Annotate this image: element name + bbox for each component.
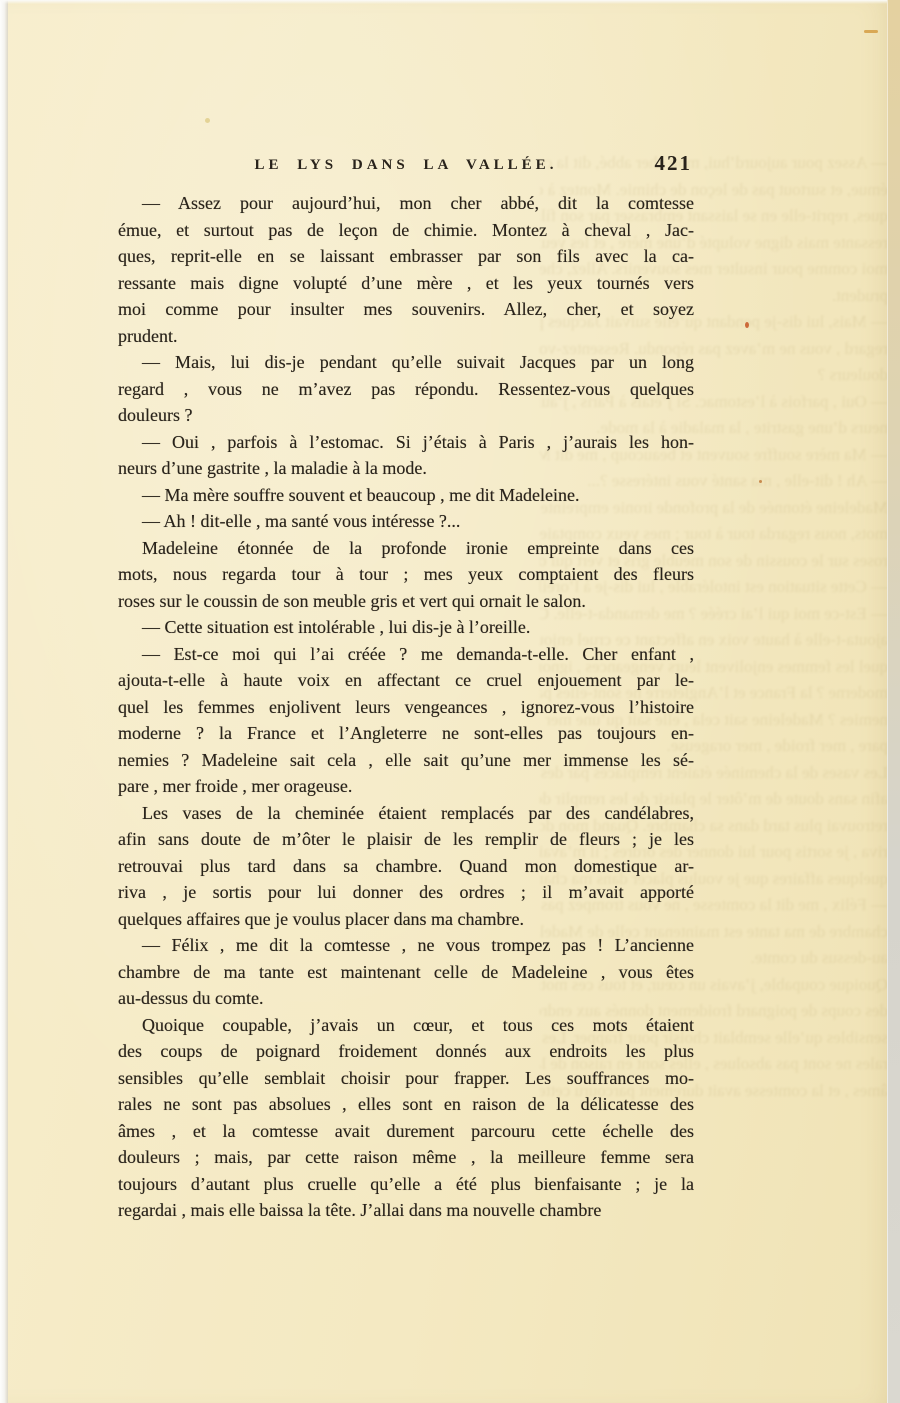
- paragraph: — Félix , me dit la comtesse , ne vous t…: [118, 932, 694, 1012]
- text-line: — Ah ! dit-elle , ma santé vous intéress…: [118, 508, 694, 535]
- text-line: — Assez pour aujourd’hui, mon cher abbé,…: [118, 190, 694, 217]
- text-line: des coups de poignard froidement donnés …: [118, 1038, 694, 1065]
- paragraph: — Ah ! dit-elle , ma santé vous intéress…: [118, 508, 694, 535]
- text-line: prudent.: [118, 323, 694, 350]
- text-line: roses sur le coussin de son meuble gris …: [118, 588, 694, 615]
- paper-speck: [745, 322, 749, 328]
- text-line: douleurs ; mais, par cette raison même ,…: [118, 1144, 694, 1171]
- text-line: rales ne sont pas absolues , elles sont …: [118, 1091, 694, 1118]
- text-line: chambre de ma tante est maintenant celle…: [118, 959, 694, 986]
- text-line: Madeleine étonnée de la profonde ironie …: [118, 535, 694, 562]
- text-line: pare , mer froide , mer orageuse.: [118, 773, 694, 800]
- paragraph: — Mais, lui dis-je pendant qu’elle suiva…: [118, 349, 694, 429]
- page-header: LE LYS DANS LA VALLÉE. 421: [118, 154, 694, 180]
- text-line: — Oui , parfois à l’estomac. Si j’étais …: [118, 429, 694, 456]
- scan-left-edge: [0, 0, 8, 1403]
- paper-speck: [864, 30, 878, 33]
- text-line: retrouvai plus tard dans sa chambre. Qua…: [118, 853, 694, 880]
- text-line: ajouta-t-elle à haute voix en affectant …: [118, 667, 694, 694]
- paragraph: Les vases de la cheminée étaient remplac…: [118, 800, 694, 933]
- body-text: — Assez pour aujourd’hui, mon cher abbé,…: [118, 190, 694, 1224]
- text-line: moderne ? la France et l’Angleterre ne s…: [118, 720, 694, 747]
- text-line: Les vases de la cheminée étaient remplac…: [118, 800, 694, 827]
- text-line: — Mais, lui dis-je pendant qu’elle suiva…: [118, 349, 694, 376]
- text-line: quel les femmes enjolivent leurs vengean…: [118, 694, 694, 721]
- paper-speck: [205, 118, 210, 123]
- text-line: — Félix , me dit la comtesse , ne vous t…: [118, 932, 694, 959]
- text-line: ques, reprit-elle en se laissant embrass…: [118, 243, 694, 270]
- text-line: — Cette situation est intolérable , lui …: [118, 614, 694, 641]
- text-line: toujours d’autant plus cruelle qu’elle a…: [118, 1171, 694, 1198]
- paper-speck: [759, 480, 762, 483]
- text-line: — Ma mère souffre souvent et beaucoup , …: [118, 482, 694, 509]
- text-line: regard , vous ne m’avez pas répondu. Res…: [118, 376, 694, 403]
- paragraph: — Assez pour aujourd’hui, mon cher abbé,…: [118, 190, 694, 349]
- text-line: riva , je sortis pour lui donner des ord…: [118, 879, 694, 906]
- text-line: neurs d’une gastrite , la maladie à la m…: [118, 455, 694, 482]
- text-line: Quoique coupable, j’avais un cœur, et to…: [118, 1012, 694, 1039]
- paragraph: — Ma mère souffre souvent et beaucoup , …: [118, 482, 694, 509]
- text-line: nemies ? Madeleine sait cela , elle sait…: [118, 747, 694, 774]
- paragraph: — Cette situation est intolérable , lui …: [118, 614, 694, 641]
- text-line: afin sans doute de m’ôter le plaisir de …: [118, 826, 694, 853]
- page-right-edge: [887, 0, 900, 1403]
- text-line: au-dessus du comte.: [118, 985, 694, 1012]
- text-line: sensibles qu’elle semblait choisir pour …: [118, 1065, 694, 1092]
- text-line: moi comme pour insulter mes souvenirs. A…: [118, 296, 694, 323]
- text-line: douleurs ?: [118, 402, 694, 429]
- scan-top-edge: [0, 0, 900, 4]
- text-line: regardai , mais elle baissa la tête. J’a…: [118, 1197, 694, 1224]
- text-line: âmes , et la comtesse avait durement par…: [118, 1118, 694, 1145]
- paragraph: Quoique coupable, j’avais un cœur, et to…: [118, 1012, 694, 1224]
- text-line: mots, nous regarda tour à tour ; mes yeu…: [118, 561, 694, 588]
- page-number: 421: [655, 151, 693, 176]
- text-line: quelques affaires que je voulus placer d…: [118, 906, 694, 933]
- paragraph: Madeleine étonnée de la profonde ironie …: [118, 535, 694, 615]
- paragraph: — Oui , parfois à l’estomac. Si j’étais …: [118, 429, 694, 482]
- text-line: ressante mais digne volupté d’une mère ,…: [118, 270, 694, 297]
- text-line: — Est-ce moi qui l’ai créée ? me demanda…: [118, 641, 694, 668]
- text-line: émue, et surtout pas de leçon de chimie.…: [118, 217, 694, 244]
- running-title: LE LYS DANS LA VALLÉE.: [118, 157, 694, 174]
- book-page-scan: — Assez pour aujourd’hui, mon cher abbé,…: [0, 0, 900, 1403]
- paragraph: — Est-ce moi qui l’ai créée ? me demanda…: [118, 641, 694, 800]
